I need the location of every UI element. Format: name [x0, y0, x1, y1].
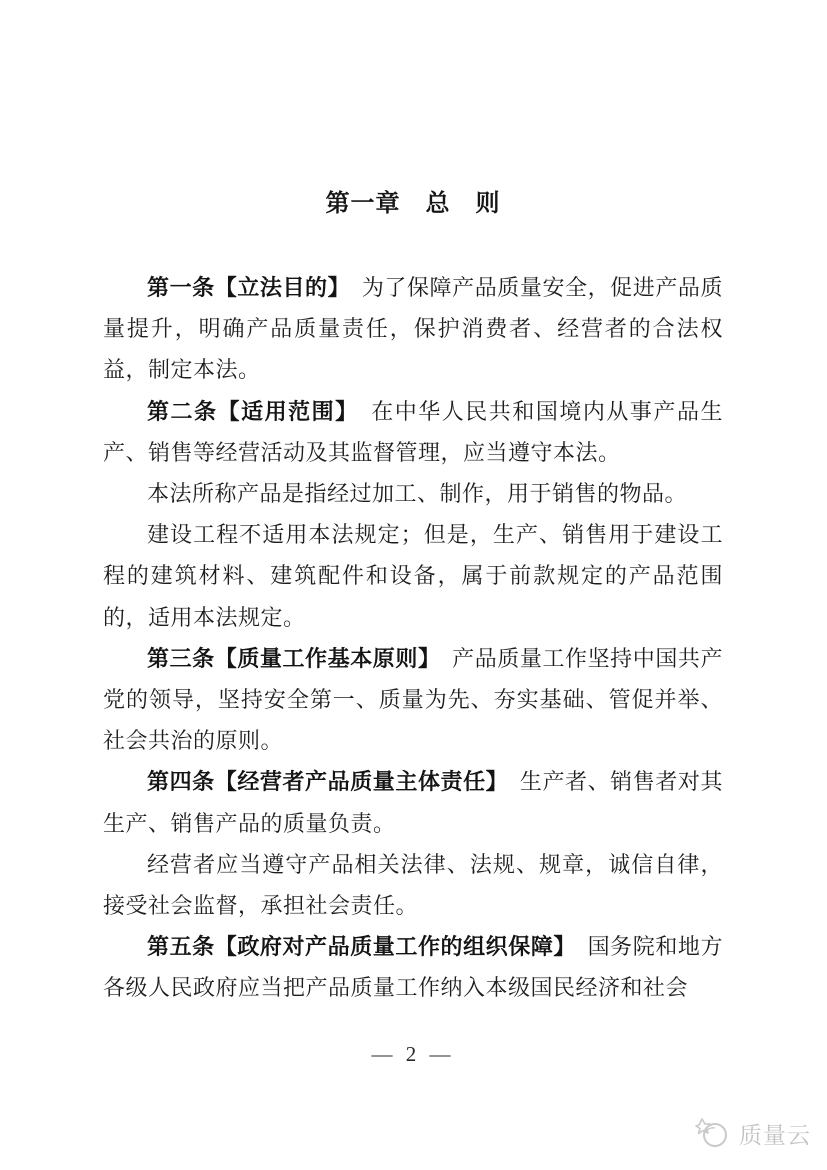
article-heading: 第三条【质量工作基本原则】: [147, 646, 430, 671]
paragraph: 本法所称产品是指经过加工、制作，用于销售的物品。: [103, 473, 723, 514]
paragraph: 第五条【政府对产品质量工作的组织保障】 国务院和地方各级人民政府应当把产品质量工…: [103, 926, 723, 1008]
watermark: 质量云: [692, 1114, 811, 1152]
paragraph: 第一条【立法目的】 为了保障产品质量安全，促进产品质量提升，明确产品质量责任，保…: [103, 267, 723, 391]
paragraph: 第三条【质量工作基本原则】 产品质量工作坚持中国共产党的领导，坚持安全第一、质量…: [103, 638, 723, 762]
paragraph: 经营者应当遵守产品相关法律、法规、规章，诚信自律，接受社会监督，承担社会责任。: [103, 844, 723, 926]
article-heading: 第二条【适用范围】: [147, 399, 348, 424]
document-body: 第一条【立法目的】 为了保障产品质量安全，促进产品质量提升，明确产品质量责任，保…: [103, 267, 723, 1009]
article-heading: 第一条【立法目的】: [147, 275, 339, 300]
article-text: 经营者应当遵守产品相关法律、法规、规章，诚信自律，接受社会监督，承担社会责任。: [103, 852, 723, 918]
page-number: — 2 —: [103, 1042, 723, 1066]
paragraph: 第四条【经营者产品质量主体责任】 生产者、销售者对其生产、销售产品的质量负责。: [103, 761, 723, 843]
paragraph: 建设工程不适用本法规定；但是，生产、销售用于建设工程的建筑材料、建筑配件和设备，…: [103, 514, 723, 638]
article-heading: 第五条【政府对产品质量工作的组织保障】: [147, 934, 565, 959]
article-text: 本法所称产品是指经过加工、制作，用于销售的物品。: [147, 481, 687, 506]
document-page: 第一章 总 则 第一条【立法目的】 为了保障产品质量安全，促进产品质量提升，明确…: [0, 0, 827, 1170]
chapter-title: 第一章 总 则: [103, 190, 723, 218]
quality-cloud-logo-icon: [692, 1114, 732, 1152]
watermark-text: 质量云: [739, 1117, 811, 1150]
article-text: 建设工程不适用本法规定；但是，生产、销售用于建设工程的建筑材料、建筑配件和设备，…: [103, 522, 723, 629]
article-heading: 第四条【经营者产品质量主体责任】: [147, 769, 497, 794]
paragraph: 第二条【适用范围】 在中华人民共和国境内从事产品生产、销售等经营活动及其监督管理…: [103, 391, 723, 473]
